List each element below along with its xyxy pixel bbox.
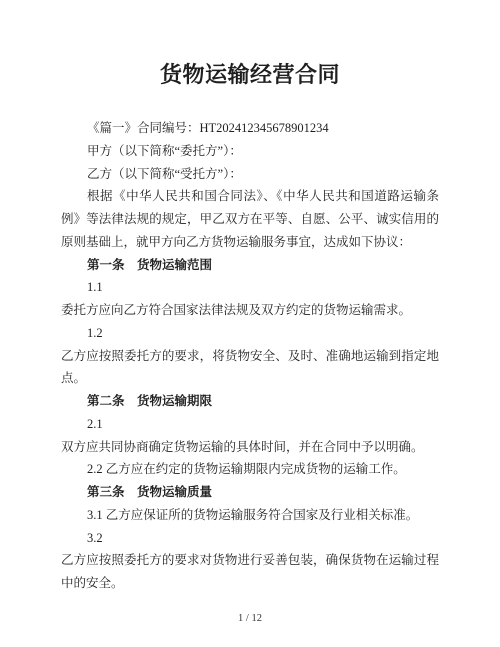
paragraph-line: 根据《中华人民共和国合同法》、《中华人民共和国道路运输条例》等法律法规的规定，甲… (61, 185, 439, 253)
document-body: 《篇一》合同编号：HT202412345678901234甲方（以下简称“委托方… (0, 117, 500, 595)
paragraph-line: 乙方（以下简称“受托方”）： (61, 163, 439, 186)
paragraph-line: 3.2 (61, 527, 439, 550)
paragraph-line: 1.2 (61, 322, 439, 345)
paragraph-line: 甲方（以下简称“委托方”）： (61, 140, 439, 163)
document-page: 货物运输经营合同 《篇一》合同编号：HT202412345678901234甲方… (0, 0, 500, 647)
paragraph-line: 1.1 (61, 276, 439, 299)
section-heading: 第一条 货物运输范围 (61, 254, 439, 277)
paragraph-line: 乙方应按照委托方的要求对货物进行妥善包装，确保货物在运输过程中的安全。 (61, 549, 439, 595)
paragraph-line: 2.2 乙方应在约定的货物运输期限内完成货物的运输工作。 (61, 458, 439, 481)
page-number: 1 / 12 (0, 613, 500, 624)
paragraph-line: 双方应共同协商确定货物运输的具体时间，并在合同中予以明确。 (61, 436, 439, 459)
section-heading: 第三条 货物运输质量 (61, 481, 439, 504)
paragraph-line: 《篇一》合同编号：HT202412345678901234 (61, 117, 439, 140)
paragraph-line: 2.1 (61, 413, 439, 436)
paragraph-line: 乙方应按照委托方的要求，将货物安全、及时、准确地运输到指定地点。 (61, 345, 439, 391)
paragraph-line: 3.1 乙方应保证所的货物运输服务符合国家及行业相关标准。 (61, 504, 439, 527)
document-title: 货物运输经营合同 (0, 0, 500, 91)
section-heading: 第二条 货物运输期限 (61, 390, 439, 413)
paragraph-line: 委托方应向乙方符合国家法律法规及双方约定的货物运输需求。 (61, 299, 439, 322)
